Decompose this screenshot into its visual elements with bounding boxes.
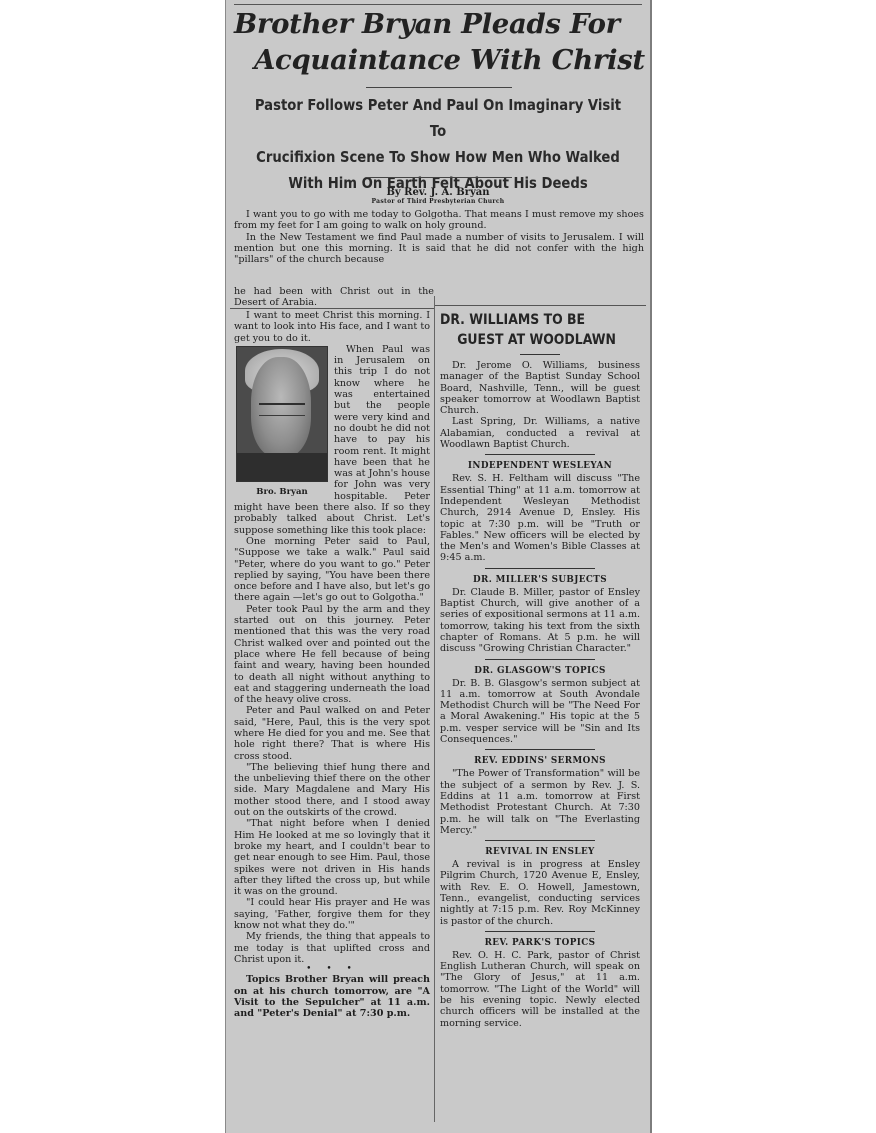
headline-divider	[366, 87, 512, 88]
subhead-line-1: Pastor Follows Peter And Paul On Imagina…	[253, 92, 623, 144]
news-item: REVIVAL IN ENSLEY A revival is in progre…	[440, 846, 640, 927]
news-item-text: Dr. Claude B. Miller, pastor of Ensley B…	[440, 587, 640, 655]
sidebar-paragraph: Dr. Jerome O. Williams, business manager…	[440, 360, 640, 416]
news-item-text: Dr. B. B. Glasgow's sermon subject at 11…	[440, 678, 640, 746]
topics-note-text: Topics Brother Bryan will preach on at h…	[234, 974, 430, 1019]
lead-text: I want you to go with me today to Golgot…	[234, 209, 644, 265]
headline-line-1: Brother Bryan Pleads For	[232, 6, 646, 42]
news-item: REV. PARK'S TOPICS Rev. O. H. C. Park, p…	[440, 937, 640, 1029]
subhead: Pastor Follows Peter And Paul On Imagina…	[253, 92, 623, 196]
left-column: I want to meet Christ this morning. I wa…	[234, 310, 430, 1019]
news-item: INDEPENDENT WESLEYAN Rev. S. H. Feltham …	[440, 460, 640, 563]
byline-title: Pastor of Third Presbyterian Church	[226, 198, 650, 205]
section-separator: • • •	[234, 965, 430, 974]
subhead-line-2: Crucifixion Scene To Show How Men Who Wa…	[253, 144, 623, 170]
byline: By Rev. J. A. Bryan	[226, 187, 650, 198]
newspaper-clipping: Brother Bryan Pleads For Acquaintance Wi…	[225, 0, 652, 1133]
news-item: DR. MILLER'S SUBJECTS Dr. Claude B. Mill…	[440, 574, 640, 655]
news-item-heading: INDEPENDENT WESLEYAN	[440, 460, 640, 473]
news-item-text: "The Power of Transformation" will be th…	[440, 768, 640, 836]
sidebar-headline-line-2: GUEST AT WOODLAWN	[440, 330, 612, 350]
news-item-text: Rev. O. H. C. Park, pastor of Christ Eng…	[440, 950, 640, 1029]
photo-caption: Bro. Bryan	[236, 485, 328, 499]
body-paragraph: "The believing thief hung there and the …	[234, 762, 430, 818]
news-item-heading: REVIVAL IN ENSLEY	[440, 846, 640, 859]
headline-line-2: Acquaintance With Christ	[232, 42, 646, 78]
news-item: DR. GLASGOW'S TOPICS Dr. B. B. Glasgow's…	[440, 665, 640, 746]
headline: Brother Bryan Pleads For Acquaintance Wi…	[232, 6, 646, 78]
topics-note: Topics Brother Bryan will preach on at h…	[234, 974, 430, 1019]
news-item-heading: REV. PARK'S TOPICS	[440, 937, 640, 950]
portrait-photo	[236, 346, 328, 482]
news-item-heading: DR. MILLER'S SUBJECTS	[440, 574, 640, 587]
lead-paragraph: In the New Testament we find Paul made a…	[234, 232, 644, 266]
body-paragraph: "I could hear His prayer and He was sayi…	[234, 897, 430, 931]
news-item: REV. EDDINS' SERMONS "The Power of Trans…	[440, 755, 640, 836]
body-paragraph: "That night before when I denied Him He …	[234, 818, 430, 897]
body-paragraph: Peter and Paul walked on and Peter said,…	[234, 705, 430, 761]
lead-paragraph: I want you to go with me today to Golgot…	[234, 209, 644, 232]
body-paragraph: I want to meet Christ this morning. I wa…	[234, 310, 430, 344]
news-item-text: A revival is in progress at Ensley Pilgr…	[440, 859, 640, 927]
news-item-heading: REV. EDDINS' SERMONS	[440, 755, 640, 768]
sidebar-main-story: Dr. Jerome O. Williams, business manager…	[440, 360, 640, 450]
portrait-figure: Bro. Bryan	[236, 346, 328, 499]
sidebar-divider	[520, 354, 560, 355]
body-paragraph: One morning Peter said to Paul, "Suppose…	[234, 536, 430, 604]
sidebar-headline: DR. WILLIAMS TO BE GUEST AT WOODLAWN	[440, 310, 612, 350]
column-divider-horizontal-left	[230, 308, 434, 309]
news-item-heading: DR. GLASGOW'S TOPICS	[440, 665, 640, 678]
body-paragraph: My friends, the thing that appeals to me…	[234, 931, 430, 965]
sidebar-headline-line-1: DR. WILLIAMS TO BE	[440, 312, 585, 328]
lead-continuation: he had been with Christ out in the Deser…	[234, 286, 434, 309]
subhead-divider	[366, 177, 512, 178]
column-divider-vertical	[434, 296, 435, 1122]
top-rule	[234, 4, 642, 5]
sidebar-paragraph: Last Spring, Dr. Williams, a native Alab…	[440, 416, 640, 450]
right-column: DR. WILLIAMS TO BE GUEST AT WOODLAWN Dr.…	[440, 310, 640, 1029]
body-paragraph: Peter took Paul by the arm and they star…	[234, 604, 430, 706]
news-item-text: Rev. S. H. Feltham will discuss "The Ess…	[440, 473, 640, 563]
column-divider-horizontal	[434, 305, 646, 306]
